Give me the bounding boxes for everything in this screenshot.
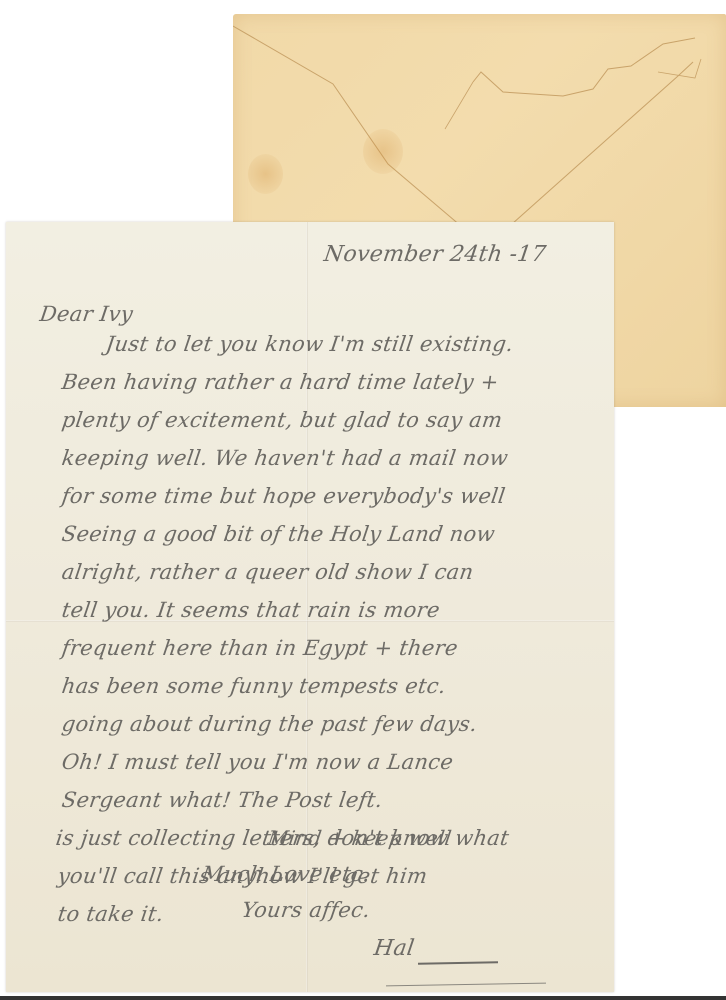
letter-line: Just to let you know I'm still existing. bbox=[104, 332, 515, 356]
letter-line: going about during the past few days. bbox=[60, 712, 479, 736]
envelope-stain bbox=[363, 129, 403, 174]
letter-line: to take it. bbox=[56, 902, 165, 926]
signature-flourish bbox=[418, 961, 498, 964]
signature-underline bbox=[386, 983, 546, 987]
letter-line: Been having rather a hard time lately + bbox=[60, 370, 500, 394]
letter-page: November 24th -17 Dear Ivy Just to let y… bbox=[6, 222, 614, 992]
letter-closing-mind: Mind + keep well bbox=[266, 826, 453, 850]
letter-line: has been some funny tempests etc. bbox=[60, 674, 447, 698]
letter-date: November 24th -17 bbox=[322, 242, 547, 267]
letter-line: for some time but hope everybody's well bbox=[60, 484, 507, 508]
bottom-edge-bar bbox=[0, 996, 726, 1000]
letter-line: Seeing a good bit of the Holy Land now bbox=[60, 522, 496, 546]
letter-line: keeping well. We haven't had a mail now bbox=[60, 446, 509, 470]
letter-salutation: Dear Ivy bbox=[38, 302, 134, 326]
letter-line: tell you. It seems that rain is more bbox=[60, 598, 441, 622]
letter-line: Sergeant what! The Post left. bbox=[60, 788, 384, 812]
letter-signature: Hal bbox=[372, 936, 416, 961]
letter-line: alright, rather a queer old show I can bbox=[60, 560, 475, 584]
letter-closing-yours: Yours affec. bbox=[240, 898, 372, 922]
letter-line: frequent here than in Egypt + there bbox=[60, 636, 459, 660]
envelope-stain bbox=[248, 154, 283, 194]
letter-closing-love: Much Love etc. bbox=[200, 862, 371, 886]
letter-line: Oh! I must tell you I'm now a Lance bbox=[60, 750, 455, 774]
letter-line: plenty of excitement, but glad to say am bbox=[60, 408, 504, 432]
